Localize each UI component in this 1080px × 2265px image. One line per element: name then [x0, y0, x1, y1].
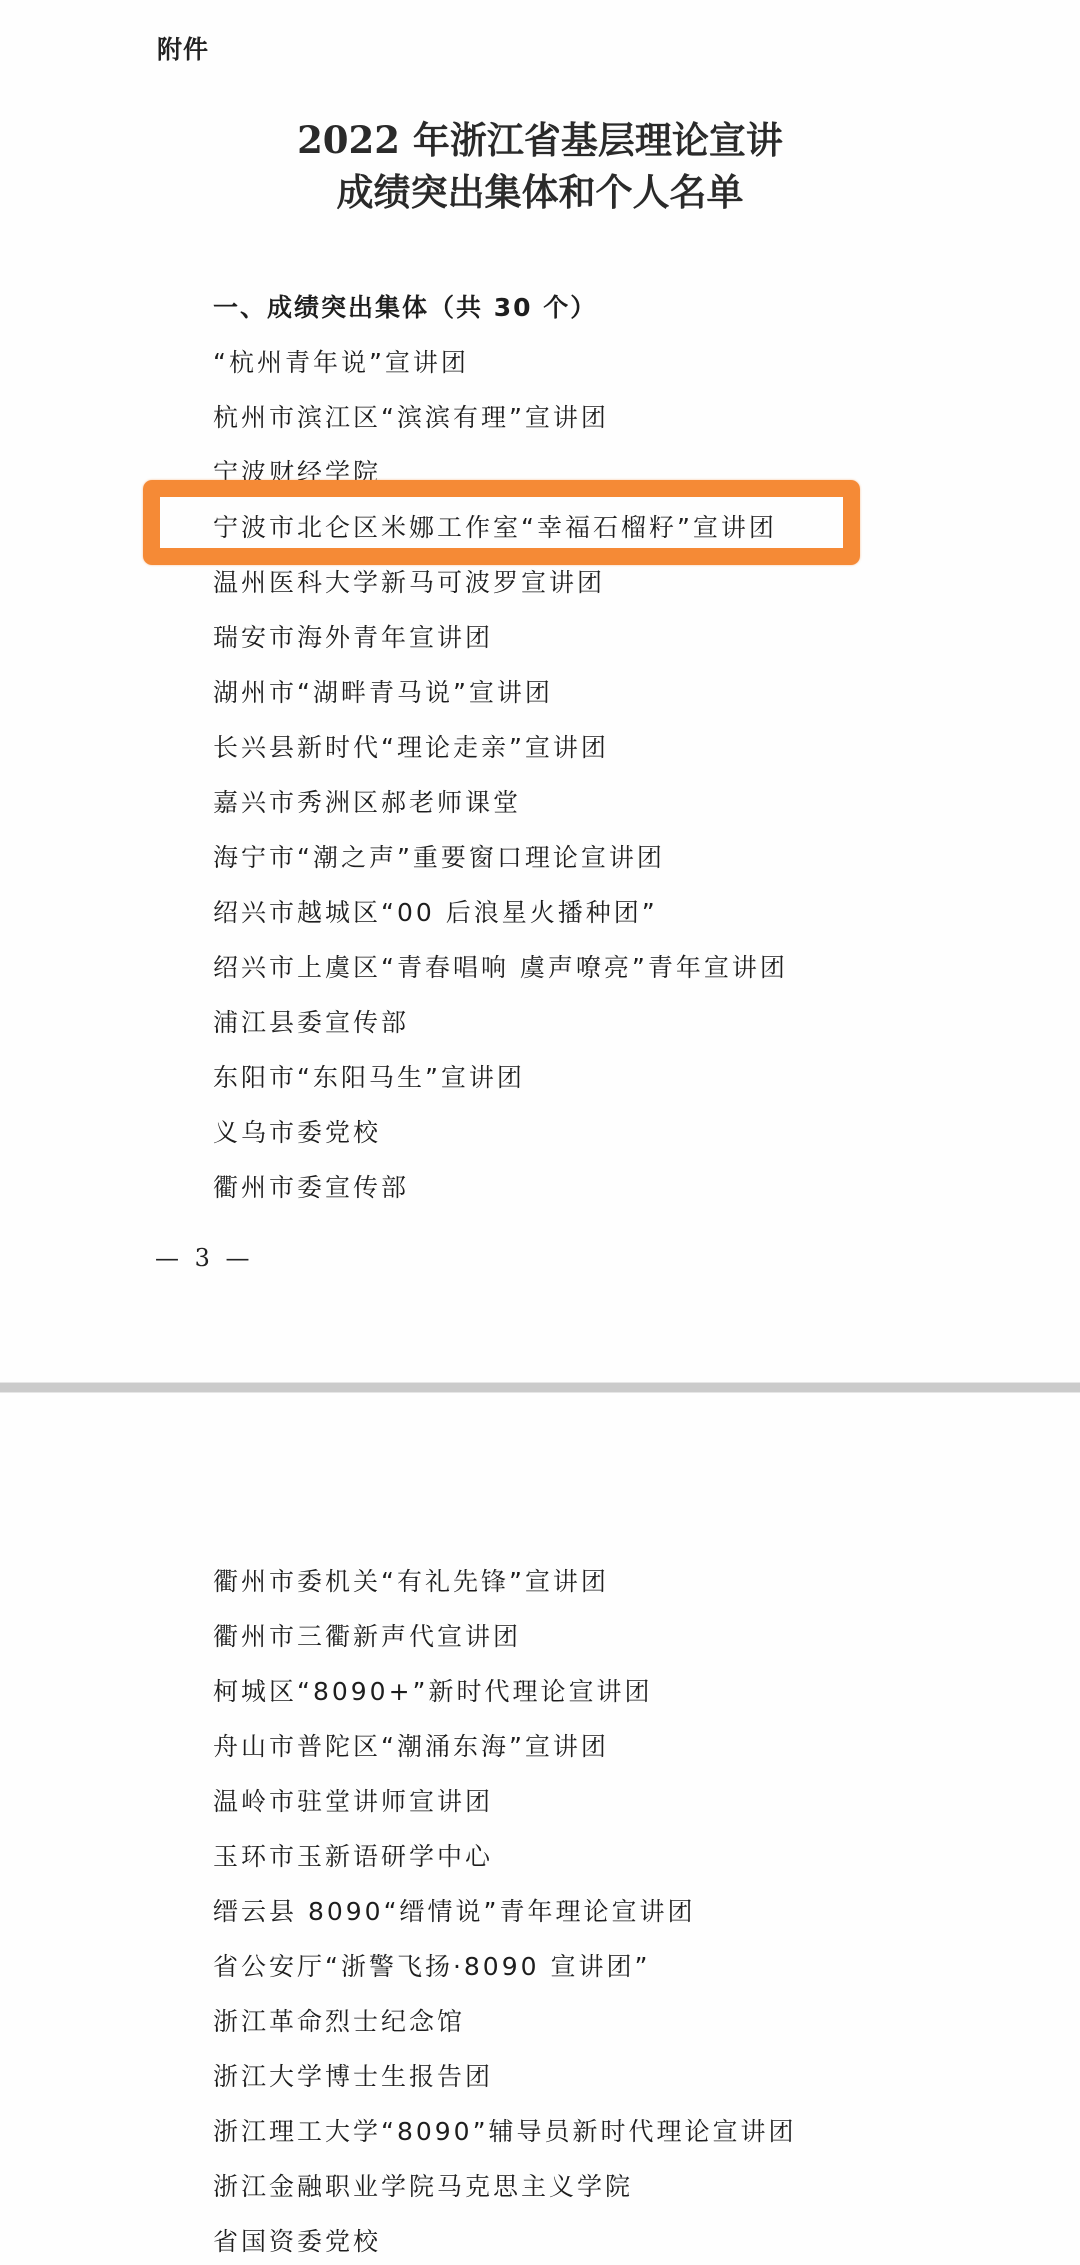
list-item: 东阳市“东阳马生”宣讲团 [213, 1050, 788, 1105]
list-item: 湖州市“湖畔青马说”宣讲团 [213, 665, 788, 720]
list-item: 衢州市委机关“有礼先锋”宣讲团 [213, 1554, 797, 1609]
list-item: 瑞安市海外青年宣讲团 [213, 610, 788, 665]
collective-list-page-1: “杭州青年说”宣讲团 杭州市滨江区“滨滨有理”宣讲团 宁波财经学院 宁波市北仑区… [213, 335, 788, 1215]
list-item: 宁波财经学院 [213, 445, 788, 500]
list-item: 浙江金融职业学院马克思主义学院 [213, 2159, 797, 2214]
page-number: — 3 — [155, 1244, 254, 1272]
list-item: 浙江革命烈士纪念馆 [213, 1994, 797, 2049]
list-item: “杭州青年说”宣讲团 [213, 335, 788, 390]
list-item: 嘉兴市秀洲区郝老师课堂 [213, 775, 788, 830]
document-page-3: 附件 2022 年浙江省基层理论宣讲 成绩突出集体和个人名单 一、成绩突出集体（… [0, 0, 1080, 1382]
list-item: 温州医科大学新马可波罗宣讲团 [213, 555, 788, 610]
list-item-highlighted: 宁波市北仑区米娜工作室“幸福石榴籽”宣讲团 [213, 500, 788, 555]
list-item: 缙云县 8090“缙情说”青年理论宣讲团 [213, 1884, 797, 1939]
list-item: 衢州市委宣传部 [213, 1160, 788, 1215]
list-item: 温岭市驻堂讲师宣讲团 [213, 1774, 797, 1829]
list-item: 浙江大学博士生报告团 [213, 2049, 797, 2104]
page-divider [0, 1382, 1080, 1393]
list-item: 绍兴市越城区“00 后浪星火播种团” [213, 885, 788, 940]
document-title-line-2: 成绩突出集体和个人名单 [0, 166, 1080, 218]
list-item: 玉环市玉新语研学中心 [213, 1829, 797, 1884]
list-item: 义乌市委党校 [213, 1105, 788, 1160]
list-item: 长兴县新时代“理论走亲”宣讲团 [213, 720, 788, 775]
list-item: 省公安厅“浙警飞扬·8090 宣讲团” [213, 1939, 797, 1994]
list-item: 绍兴市上虞区“青春唱响 虞声嘹亮”青年宣讲团 [213, 940, 788, 995]
list-item: 舟山市普陀区“潮涌东海”宣讲团 [213, 1719, 797, 1774]
attachment-label: 附件 [157, 30, 209, 66]
document-title-line-1: 2022 年浙江省基层理论宣讲 [0, 114, 1080, 166]
list-item: 省国资委党校 [213, 2214, 797, 2265]
list-item: 浙江理工大学“8090”辅导员新时代理论宣讲团 [213, 2104, 797, 2159]
list-item: 柯城区“8090+”新时代理论宣讲团 [213, 1664, 797, 1719]
list-item: 浦江县委宣传部 [213, 995, 788, 1050]
section-heading-outstanding-collectives: 一、成绩突出集体（共 30 个） [213, 280, 597, 335]
collective-list-page-2: 衢州市委机关“有礼先锋”宣讲团 衢州市三衢新声代宣讲团 柯城区“8090+”新时… [213, 1554, 797, 2265]
list-item: 衢州市三衢新声代宣讲团 [213, 1609, 797, 1664]
list-item: 杭州市滨江区“滨滨有理”宣讲团 [213, 390, 788, 445]
list-item: 海宁市“潮之声”重要窗口理论宣讲团 [213, 830, 788, 885]
